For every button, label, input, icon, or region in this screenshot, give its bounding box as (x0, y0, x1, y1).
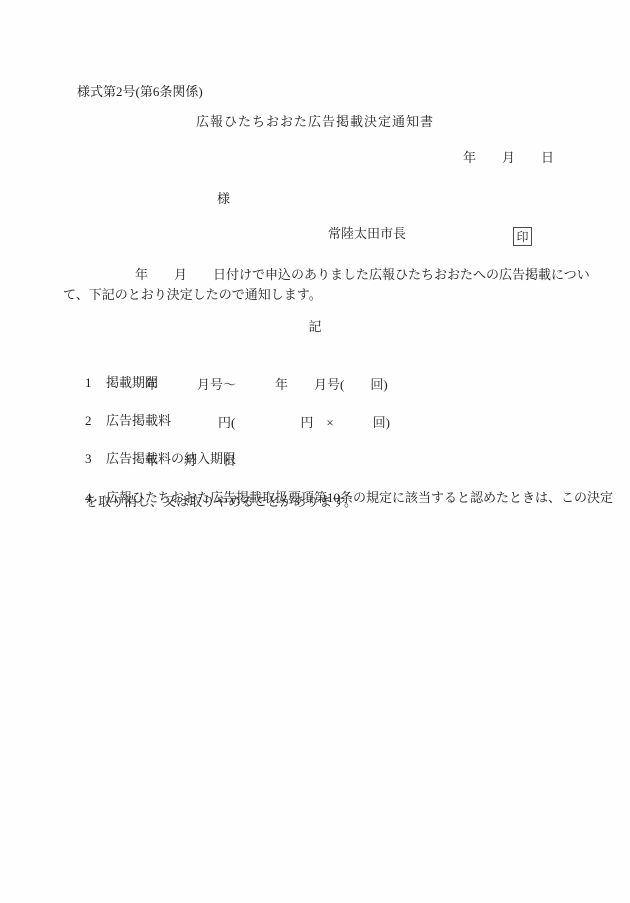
item-2-detail-blank: 円( 円 × 回) (218, 415, 390, 431)
form-number: 様式第2号(第6条関係) (77, 84, 203, 100)
seal-mark: 印 (516, 231, 528, 243)
sender-title: 常陸太田市長 (328, 226, 406, 242)
item-4-label-line-2: を取り消し、又は取りやめることがあります。 (85, 494, 357, 510)
record-heading: 記 (0, 319, 630, 335)
addressee-suffix: 様 (217, 191, 230, 207)
body-paragraph-line-2: て、下記のとおり決定したので通知します。 (63, 287, 322, 303)
issue-date-blank: 年 月 日 (463, 150, 554, 166)
document-page: 様式第2号(第6条関係) 広報ひたちおおた広告掲載決定通知書 年 月 日 様 常… (0, 0, 630, 903)
seal-box: 印 (513, 227, 532, 246)
item-3-detail-blank: 年 月 日 (145, 453, 236, 469)
item-3-number: 3 (85, 451, 106, 467)
document-title: 広報ひたちおおた広告掲載決定通知書 (0, 114, 630, 130)
body-paragraph-line-1: 年 月 日付けで申込のありました広報ひたちおおたへの広告掲載につい (135, 267, 590, 283)
item-2-label: 広告掲載料 (106, 413, 171, 428)
item-2-number: 2 (85, 413, 106, 429)
item-1-detail-blank: 年 月号〜 年 月号( 回) (145, 377, 388, 393)
item-1-number: 1 (85, 375, 106, 391)
